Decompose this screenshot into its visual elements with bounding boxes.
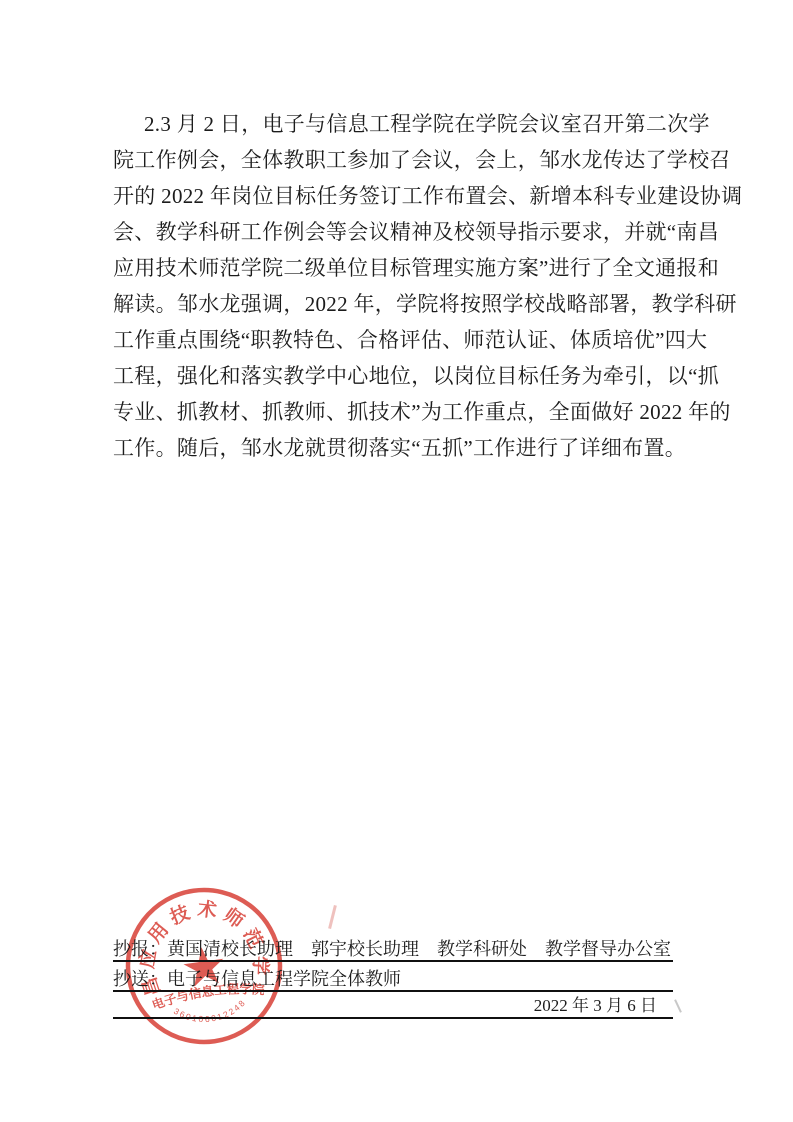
cc-report-item: 教学督导办公室 xyxy=(545,938,671,960)
cc-report-item: 黄国清校长助理 xyxy=(167,938,293,960)
body-line: 会、教学科研工作例会等会议精神及校领导指示要求，并就“南昌 xyxy=(113,214,677,250)
document-date: 2022 年 3 月 6 日 xyxy=(534,996,657,1015)
body-line: 工程，强化和落实教学中心地位，以岗位目标任务为牵引，以“抓 xyxy=(113,358,677,394)
cc-report-row: 抄报： 黄国清校长助理 郭宇校长助理 教学科研处 教学督导办公室 xyxy=(113,935,673,962)
document-footer: 抄报： 黄国清校长助理 郭宇校长助理 教学科研处 教学督导办公室 抄送： 电子与… xyxy=(113,935,673,1019)
cc-send-item: 电子与信息工程学院全体教师 xyxy=(167,968,401,990)
body-line: 工作重点围绕“职教特色、合格评估、师范认证、体质培优”四大 xyxy=(113,322,677,358)
body-line: 2.3 月 2 日，电子与信息工程学院在学院会议室召开第二次学 xyxy=(113,106,677,142)
cc-send-row: 抄送： 电子与信息工程学院全体教师 xyxy=(113,964,673,992)
body-line: 应用技术师范学院二级单位目标管理实施方案”进行了全文通报和 xyxy=(113,250,677,286)
cc-send-label: 抄送： xyxy=(113,968,167,990)
cc-report-item: 郭宇校长助理 xyxy=(311,938,419,960)
body-line: 解读。邹水龙强调，2022 年，学院将按照学校战略部署，教学科研 xyxy=(113,286,677,322)
body-line: 专业、抓教材、抓教师、抓技术”为工作重点，全面做好 2022 年的 xyxy=(113,394,677,430)
cc-report-label: 抄报： xyxy=(113,938,167,960)
date-row: 2022 年 3 月 6 日 xyxy=(113,994,673,1019)
body-line: 工作。随后，邹水龙就贯彻落实“五抓”工作进行了详细布置。 xyxy=(113,430,677,466)
body-line: 院工作例会，全体教职工参加了会议，会上，邹水龙传达了学校召 xyxy=(113,142,677,178)
body-line: 开的 2022 年岗位目标任务签订工作布置会、新增本科专业建设协调 xyxy=(113,178,677,214)
cc-report-item: 教学科研处 xyxy=(437,938,527,960)
gray-scan-mark xyxy=(674,999,682,1013)
pink-ink-smudge xyxy=(328,905,337,929)
body-paragraph: 2.3 月 2 日，电子与信息工程学院在学院会议室召开第二次学 院工作例会，全体… xyxy=(113,106,677,466)
document-page: 2.3 月 2 日，电子与信息工程学院在学院会议室召开第二次学 院工作例会，全体… xyxy=(0,0,793,1122)
